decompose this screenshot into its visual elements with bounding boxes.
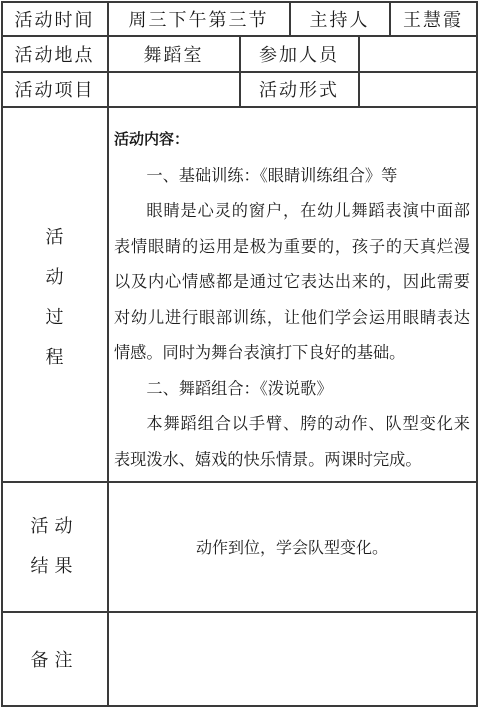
activity-form-label: 活动形式 xyxy=(240,72,358,106)
activity-form-value[interactable] xyxy=(359,72,476,106)
remarks-label: 备注 xyxy=(2,612,107,705)
activity-project-label: 活动项目 xyxy=(2,72,107,106)
activity-result-label: 活动 结果 xyxy=(2,482,107,611)
content-line: 表现泼水、嬉戏的快乐情景。两课时完成。 xyxy=(114,442,470,478)
participants-value[interactable] xyxy=(359,36,476,71)
section-2-heading: 二、舞蹈组合：《泼说歌》 xyxy=(114,371,470,407)
label-line: 活动 xyxy=(31,507,79,547)
label-char: 活 xyxy=(46,218,64,258)
activity-time-value[interactable]: 周三下午第三节 xyxy=(108,2,289,35)
host-label: 主持人 xyxy=(290,2,389,35)
activity-location-label: 活动地点 xyxy=(2,36,107,71)
section-1-heading: 一、基础训练：《眼睛训练组合》等 xyxy=(114,158,470,194)
activity-location-value[interactable]: 舞蹈室 xyxy=(108,36,239,71)
content-title: 活动内容： xyxy=(114,122,470,158)
table-border-right xyxy=(476,1,478,706)
label-char: 动 xyxy=(46,258,64,298)
activity-content[interactable]: 活动内容： 一、基础训练：《眼睛训练组合》等 眼睛是心灵的窗户，在幼儿舞蹈表演中… xyxy=(114,122,470,477)
content-line: 本舞蹈组合以手臂、胯的动作、队型变化来 xyxy=(114,406,470,442)
label-char: 程 xyxy=(46,338,64,378)
activity-result-value[interactable]: 动作到位，学会队型变化。 xyxy=(108,482,476,611)
content-line: 情感。同时为舞台表演打下良好的基础。 xyxy=(114,335,470,371)
table-border-bottom xyxy=(1,705,478,707)
content-line: 表情眼睛的运用是极为重要的，孩子的天真烂漫 xyxy=(114,229,470,265)
remarks-value[interactable] xyxy=(108,612,476,705)
label-char: 过 xyxy=(46,298,64,338)
activity-process-label: 活 动 过 程 xyxy=(2,107,107,481)
content-line: 眼睛是心灵的窗户，在幼儿舞蹈表演中面部 xyxy=(114,193,470,229)
label-line: 结果 xyxy=(31,547,79,587)
content-line: 以及内心情感都是通过它表达出来的，因此需要 xyxy=(114,264,470,300)
activity-project-value[interactable] xyxy=(108,72,239,106)
activity-time-label: 活动时间 xyxy=(2,2,107,35)
host-value[interactable]: 王慧霞 xyxy=(390,2,476,35)
content-line: 对幼儿进行眼部训练，让他们学会运用眼睛表达 xyxy=(114,300,470,336)
participants-label: 参加人员 xyxy=(240,36,358,71)
